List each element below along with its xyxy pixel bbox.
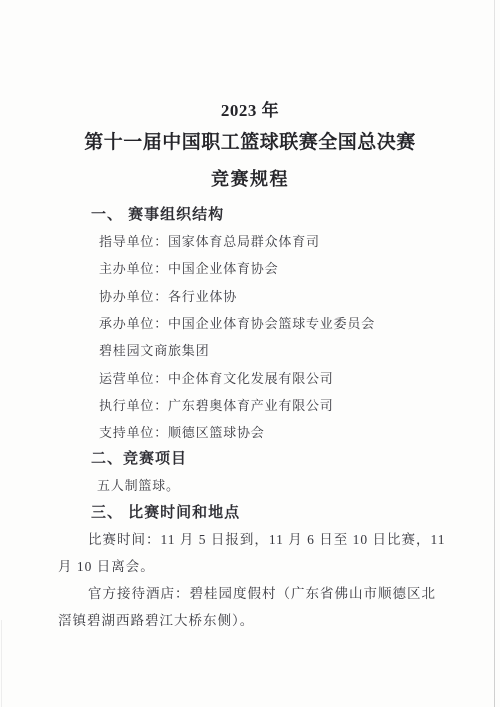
section-heading-organization: 一、 赛事组织结构 (91, 205, 224, 224)
para-schedule-line2: 月 10 日离会。 (58, 558, 155, 575)
para-hotel-line2: 滘镇碧湖西路碧江大桥东侧）。 (58, 612, 254, 629)
org-item-supporting-unit: 支持单位：顺德区篮球协会 (99, 424, 265, 441)
scan-artifact-left-edge-line (1, 620, 2, 707)
org-item-guiding-unit: 指导单位：国家体育总局群众体育司 (99, 233, 320, 250)
para-hotel-line1: 官方接待酒店：碧桂园度假村（广东省佛山市顺德区北 (88, 585, 436, 602)
document-title-sub: 竞赛规程 (0, 167, 500, 191)
org-item-undertaking-unit-cont: 碧桂园文商旅集团 (99, 342, 209, 359)
para-schedule-line1: 比赛时间：11 月 5 日报到，11 月 6 日至 10 日比赛，11 (88, 531, 446, 548)
scanned-document-page: 2023 年 第十一届中国职工篮球联赛全国总决赛 竞赛规程 一、 赛事组织结构 … (0, 0, 500, 707)
event-item-5v5-basketball: 五人制篮球。 (97, 477, 180, 494)
scan-artifact-right-edge-line (494, 0, 495, 707)
org-item-host-unit: 主办单位：中国企业体育协会 (99, 260, 278, 277)
section-heading-time-place: 三、 比赛时间和地点 (91, 503, 240, 522)
org-item-executing-unit: 执行单位：广东碧奥体育产业有限公司 (99, 397, 334, 414)
section-heading-event: 二、竞赛项目 (91, 449, 187, 468)
document-title-year: 2023 年 (0, 100, 500, 122)
org-item-undertaking-unit: 承办单位：中国企业体育协会篮球专业委员会 (99, 315, 375, 332)
document-title-main: 第十一届中国职工篮球联赛全国总决赛 (0, 130, 500, 156)
org-item-operating-unit: 运营单位：中企体育文化发展有限公司 (99, 370, 334, 387)
org-item-coorganizer-unit: 协办单位：各行业体协 (99, 288, 237, 305)
